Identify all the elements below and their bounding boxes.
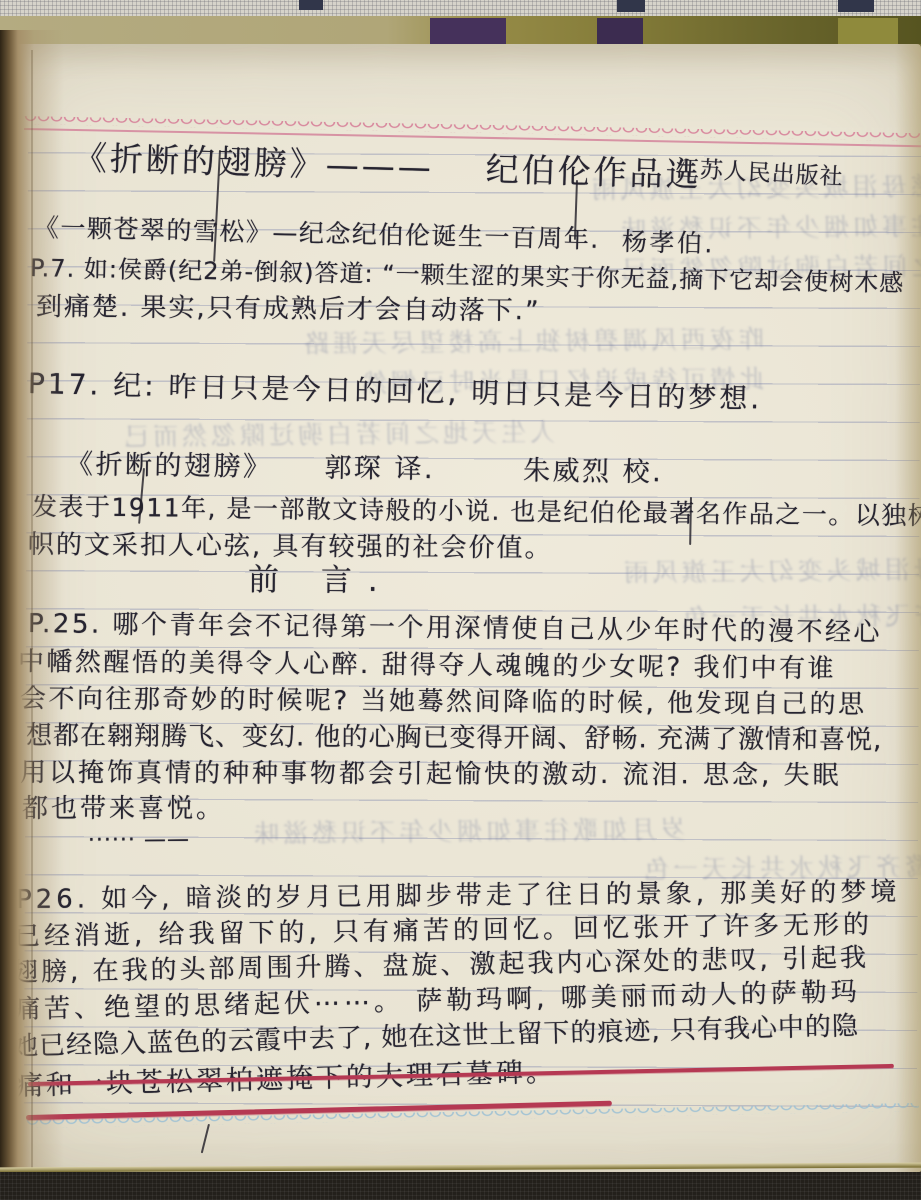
novel-translator: 郭琛 译. — [324, 453, 435, 486]
novel-credits: 《折断的翅膀》郭琛 译.朱威烈 校. — [66, 442, 664, 489]
memorial-article-author: 杨孝伯. — [622, 222, 716, 260]
fabric-dark-thread — [838, 0, 874, 12]
novel-title: 《折断的翅膀》 — [66, 449, 273, 483]
preface-heading: 前 言. — [248, 554, 394, 600]
quote-page7-line2: 到痛楚. 果实,只有成熟后才会自动落下.” — [36, 286, 541, 327]
book-title: 《折断的翅膀》 — [73, 138, 326, 184]
p25-line: 都也带来喜悦。 — [22, 788, 225, 825]
notebook-photo: 梦里依稀慈母泪城头变幻大王旗风雨 岁月如歌往事如烟少年不识愁滋味 人生天地之间若… — [0, 0, 921, 1200]
fabric-dark-thread — [617, 0, 645, 12]
fabric-dark-thread — [299, 0, 323, 10]
book-cover-fabric-bottom — [0, 1172, 921, 1200]
p25-line: 会不向往那奇妙的时候呢? 当她蓦然间降临的时候, 他发现自己的思 — [20, 678, 867, 721]
novel-proofreader: 朱威烈 校. — [523, 455, 664, 488]
collection-title: 纪伯伦作品选 — [485, 150, 702, 195]
p25-line: 用以掩饰真情的种种事物都会引起愉快的激动. 流泪. 思念, 失眠 — [20, 752, 842, 792]
p25-line: 想都在翱翔腾飞、变幻. 他的心胸已变得开阔、舒畅. 充满了激情和喜悦, — [26, 715, 883, 756]
ellipsis-mark: ······ —— — [88, 827, 190, 853]
title-dash: ——— — [325, 145, 434, 187]
